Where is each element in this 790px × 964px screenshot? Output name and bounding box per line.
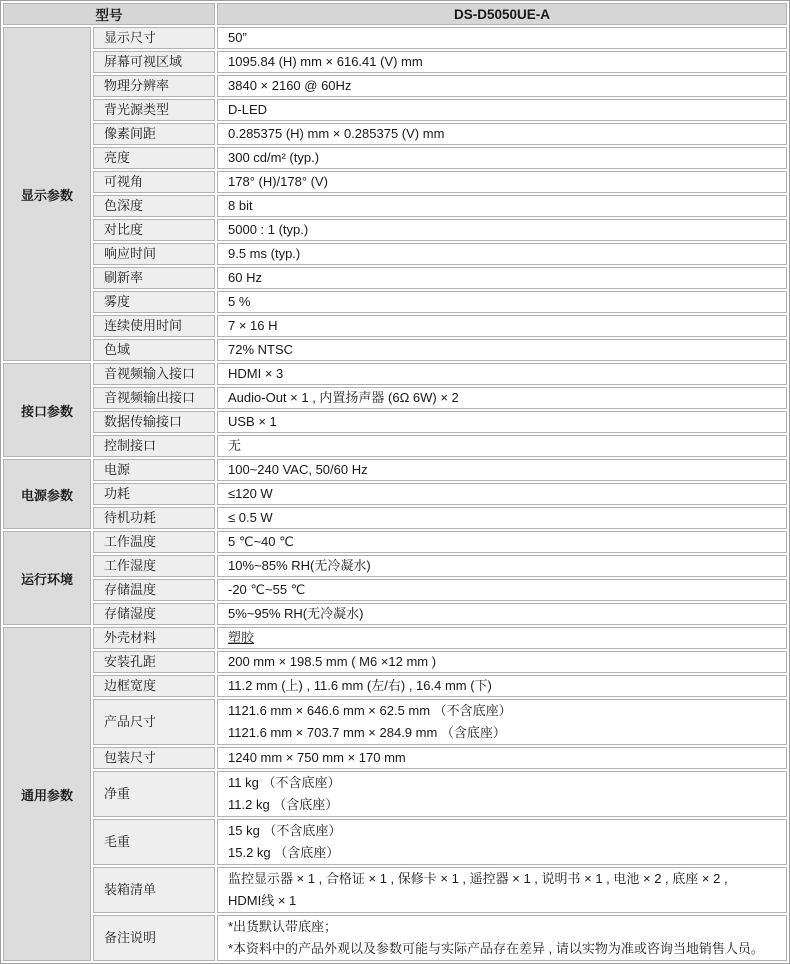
spec-label: 包装尺寸 <box>93 747 215 769</box>
spec-row: 刷新率 60 Hz <box>3 267 787 289</box>
spec-row: 雾度 5 % <box>3 291 787 313</box>
spec-label: 工作湿度 <box>93 555 215 577</box>
spec-value: 100~240 VAC, 50/60 Hz <box>217 459 787 481</box>
spec-value-line: *出货默认带底座； <box>228 916 778 938</box>
spec-label: 色深度 <box>93 195 215 217</box>
spec-row: 备注说明 *出货默认带底座； *本资料中的产品外观以及参数可能与实际产品存在差异… <box>3 915 787 961</box>
spec-row: 产品尺寸 1121.6 mm × 646.6 mm × 62.5 mm （不含底… <box>3 699 787 745</box>
model-value: DS-D5050UE-A <box>217 3 787 25</box>
spec-row: 控制接口 无 <box>3 435 787 457</box>
spec-label: 物理分辨率 <box>93 75 215 97</box>
spec-row: 工作湿度 10%~85% RH(无冷凝水) <box>3 555 787 577</box>
spec-row: 背光源类型 D-LED <box>3 99 787 121</box>
spec-row: 可视角 178° (H)/178° (V) <box>3 171 787 193</box>
spec-value-line: *本资料中的产品外观以及参数可能与实际产品存在差异 , 请以实物为准或咨询当地销… <box>228 938 778 960</box>
spec-label: 色域 <box>93 339 215 361</box>
group-cell-general: 通用参数 <box>3 627 91 961</box>
spec-value-line: 15 kg （不含底座） <box>228 820 778 842</box>
spec-value: 1121.6 mm × 646.6 mm × 62.5 mm （不含底座） 11… <box>217 699 787 745</box>
spec-row: 存储温度 -20 ℃~55 ℃ <box>3 579 787 601</box>
spec-value-text: 塑胶 <box>228 630 254 645</box>
spec-value-line: 1121.6 mm × 703.7 mm × 284.9 mm （含底座） <box>228 722 778 744</box>
spec-value: ≤ 0.5 W <box>217 507 787 529</box>
spec-value: 9.5 ms (typ.) <box>217 243 787 265</box>
spec-label: 外壳材料 <box>93 627 215 649</box>
spec-row: 通用参数 外壳材料 塑胶 <box>3 627 787 649</box>
spec-row: 净重 11 kg （不含底座） 11.2 kg （含底座） <box>3 771 787 817</box>
spec-label: 存储湿度 <box>93 603 215 625</box>
spec-row: 边框宽度 11.2 mm (上) , 11.6 mm (左/右) , 16.4 … <box>3 675 787 697</box>
spec-label: 背光源类型 <box>93 99 215 121</box>
spec-value: 5 ℃~40 ℃ <box>217 531 787 553</box>
spec-value: -20 ℃~55 ℃ <box>217 579 787 601</box>
spec-row: 待机功耗 ≤ 0.5 W <box>3 507 787 529</box>
spec-value: 72% NTSC <box>217 339 787 361</box>
spec-value: 监控显示器 × 1 , 合格证 × 1 , 保修卡 × 1 , 遥控器 × 1 … <box>217 867 787 913</box>
spec-label: 电源 <box>93 459 215 481</box>
spec-table: 型号 DS-D5050UE-A 显示参数 显示尺寸 50” 屏幕可视区域 109… <box>0 0 790 964</box>
spec-value: 5 % <box>217 291 787 313</box>
spec-label: 音视频输出接口 <box>93 387 215 409</box>
spec-label: 控制接口 <box>93 435 215 457</box>
spec-value: 11 kg （不含底座） 11.2 kg （含底座） <box>217 771 787 817</box>
spec-value: 7 × 16 H <box>217 315 787 337</box>
model-label: 型号 <box>3 3 215 25</box>
spec-label: 待机功耗 <box>93 507 215 529</box>
spec-row: 物理分辨率 3840 × 2160 @ 60Hz <box>3 75 787 97</box>
spec-label: 音视频输入接口 <box>93 363 215 385</box>
spec-row: 功耗 ≤120 W <box>3 483 787 505</box>
spec-label: 数据传输接口 <box>93 411 215 433</box>
spec-label: 亮度 <box>93 147 215 169</box>
spec-value: 50” <box>217 27 787 49</box>
spec-row: 装箱清单 监控显示器 × 1 , 合格证 × 1 , 保修卡 × 1 , 遥控器… <box>3 867 787 913</box>
spec-label: 屏幕可视区域 <box>93 51 215 73</box>
spec-label: 像素间距 <box>93 123 215 145</box>
spec-value: 11.2 mm (上) , 11.6 mm (左/右) , 16.4 mm (下… <box>217 675 787 697</box>
spec-label: 连续使用时间 <box>93 315 215 337</box>
spec-row: 音视频输出接口 Audio-Out × 1 , 内置扬声器 (6Ω 6W) × … <box>3 387 787 409</box>
spec-value: USB × 1 <box>217 411 787 433</box>
spec-row: 毛重 15 kg （不含底座） 15.2 kg （含底座） <box>3 819 787 865</box>
spec-value: 200 mm × 198.5 mm ( M6 ×12 mm ) <box>217 651 787 673</box>
spec-row: 安装孔距 200 mm × 198.5 mm ( M6 ×12 mm ) <box>3 651 787 673</box>
spec-row: 对比度 5000 : 1 (typ.) <box>3 219 787 241</box>
spec-value: 1095.84 (H) mm × 616.41 (V) mm <box>217 51 787 73</box>
spec-row: 屏幕可视区域 1095.84 (H) mm × 616.41 (V) mm <box>3 51 787 73</box>
spec-value: 0.285375 (H) mm × 0.285375 (V) mm <box>217 123 787 145</box>
spec-row: 存储湿度 5%~95% RH(无冷凝水) <box>3 603 787 625</box>
group-cell-environment: 运行环境 <box>3 531 91 625</box>
spec-label: 边框宽度 <box>93 675 215 697</box>
spec-value: 塑胶 <box>217 627 787 649</box>
spec-value: 1240 mm × 750 mm × 170 mm <box>217 747 787 769</box>
spec-value-line: HDMI线 × 1 <box>228 890 778 912</box>
group-cell-display: 显示参数 <box>3 27 91 361</box>
spec-label: 装箱清单 <box>93 867 215 913</box>
spec-label: 显示尺寸 <box>93 27 215 49</box>
spec-row: 色域 72% NTSC <box>3 339 787 361</box>
spec-label: 净重 <box>93 771 215 817</box>
spec-row: 接口参数 音视频输入接口 HDMI × 3 <box>3 363 787 385</box>
spec-row: 像素间距 0.285375 (H) mm × 0.285375 (V) mm <box>3 123 787 145</box>
spec-row: 数据传输接口 USB × 1 <box>3 411 787 433</box>
spec-value-line: 11.2 kg （含底座） <box>228 794 778 816</box>
spec-value: 10%~85% RH(无冷凝水) <box>217 555 787 577</box>
spec-value: 178° (H)/178° (V) <box>217 171 787 193</box>
spec-row: 运行环境 工作温度 5 ℃~40 ℃ <box>3 531 787 553</box>
spec-label: 响应时间 <box>93 243 215 265</box>
spec-label: 刷新率 <box>93 267 215 289</box>
spec-value-line: 11 kg （不含底座） <box>228 772 778 794</box>
spec-label: 对比度 <box>93 219 215 241</box>
spec-value: 8 bit <box>217 195 787 217</box>
spec-row: 电源参数 电源 100~240 VAC, 50/60 Hz <box>3 459 787 481</box>
group-cell-interface: 接口参数 <box>3 363 91 457</box>
spec-value: 5%~95% RH(无冷凝水) <box>217 603 787 625</box>
spec-value: 3840 × 2160 @ 60Hz <box>217 75 787 97</box>
spec-value: HDMI × 3 <box>217 363 787 385</box>
group-cell-power: 电源参数 <box>3 459 91 529</box>
spec-value-line: 1121.6 mm × 646.6 mm × 62.5 mm （不含底座） <box>228 700 778 722</box>
spec-value: ≤120 W <box>217 483 787 505</box>
spec-row: 响应时间 9.5 ms (typ.) <box>3 243 787 265</box>
spec-row: 亮度 300 cd/m² (typ.) <box>3 147 787 169</box>
spec-value: 5000 : 1 (typ.) <box>217 219 787 241</box>
spec-value: *出货默认带底座； *本资料中的产品外观以及参数可能与实际产品存在差异 , 请以… <box>217 915 787 961</box>
spec-label: 雾度 <box>93 291 215 313</box>
spec-value: 15 kg （不含底座） 15.2 kg （含底座） <box>217 819 787 865</box>
spec-label: 备注说明 <box>93 915 215 961</box>
spec-value: 无 <box>217 435 787 457</box>
spec-row: 连续使用时间 7 × 16 H <box>3 315 787 337</box>
spec-value-line: 监控显示器 × 1 , 合格证 × 1 , 保修卡 × 1 , 遥控器 × 1 … <box>228 868 778 890</box>
spec-value: D-LED <box>217 99 787 121</box>
spec-label: 工作温度 <box>93 531 215 553</box>
spec-label: 功耗 <box>93 483 215 505</box>
header-row: 型号 DS-D5050UE-A <box>3 3 787 25</box>
spec-value-line: 15.2 kg （含底座） <box>228 842 778 864</box>
spec-label: 存储温度 <box>93 579 215 601</box>
spec-label: 产品尺寸 <box>93 699 215 745</box>
spec-value: 300 cd/m² (typ.) <box>217 147 787 169</box>
spec-row: 包装尺寸 1240 mm × 750 mm × 170 mm <box>3 747 787 769</box>
spec-row: 显示参数 显示尺寸 50” <box>3 27 787 49</box>
spec-value: Audio-Out × 1 , 内置扬声器 (6Ω 6W) × 2 <box>217 387 787 409</box>
spec-label: 毛重 <box>93 819 215 865</box>
spec-row: 色深度 8 bit <box>3 195 787 217</box>
spec-label: 安装孔距 <box>93 651 215 673</box>
spec-label: 可视角 <box>93 171 215 193</box>
spec-value: 60 Hz <box>217 267 787 289</box>
